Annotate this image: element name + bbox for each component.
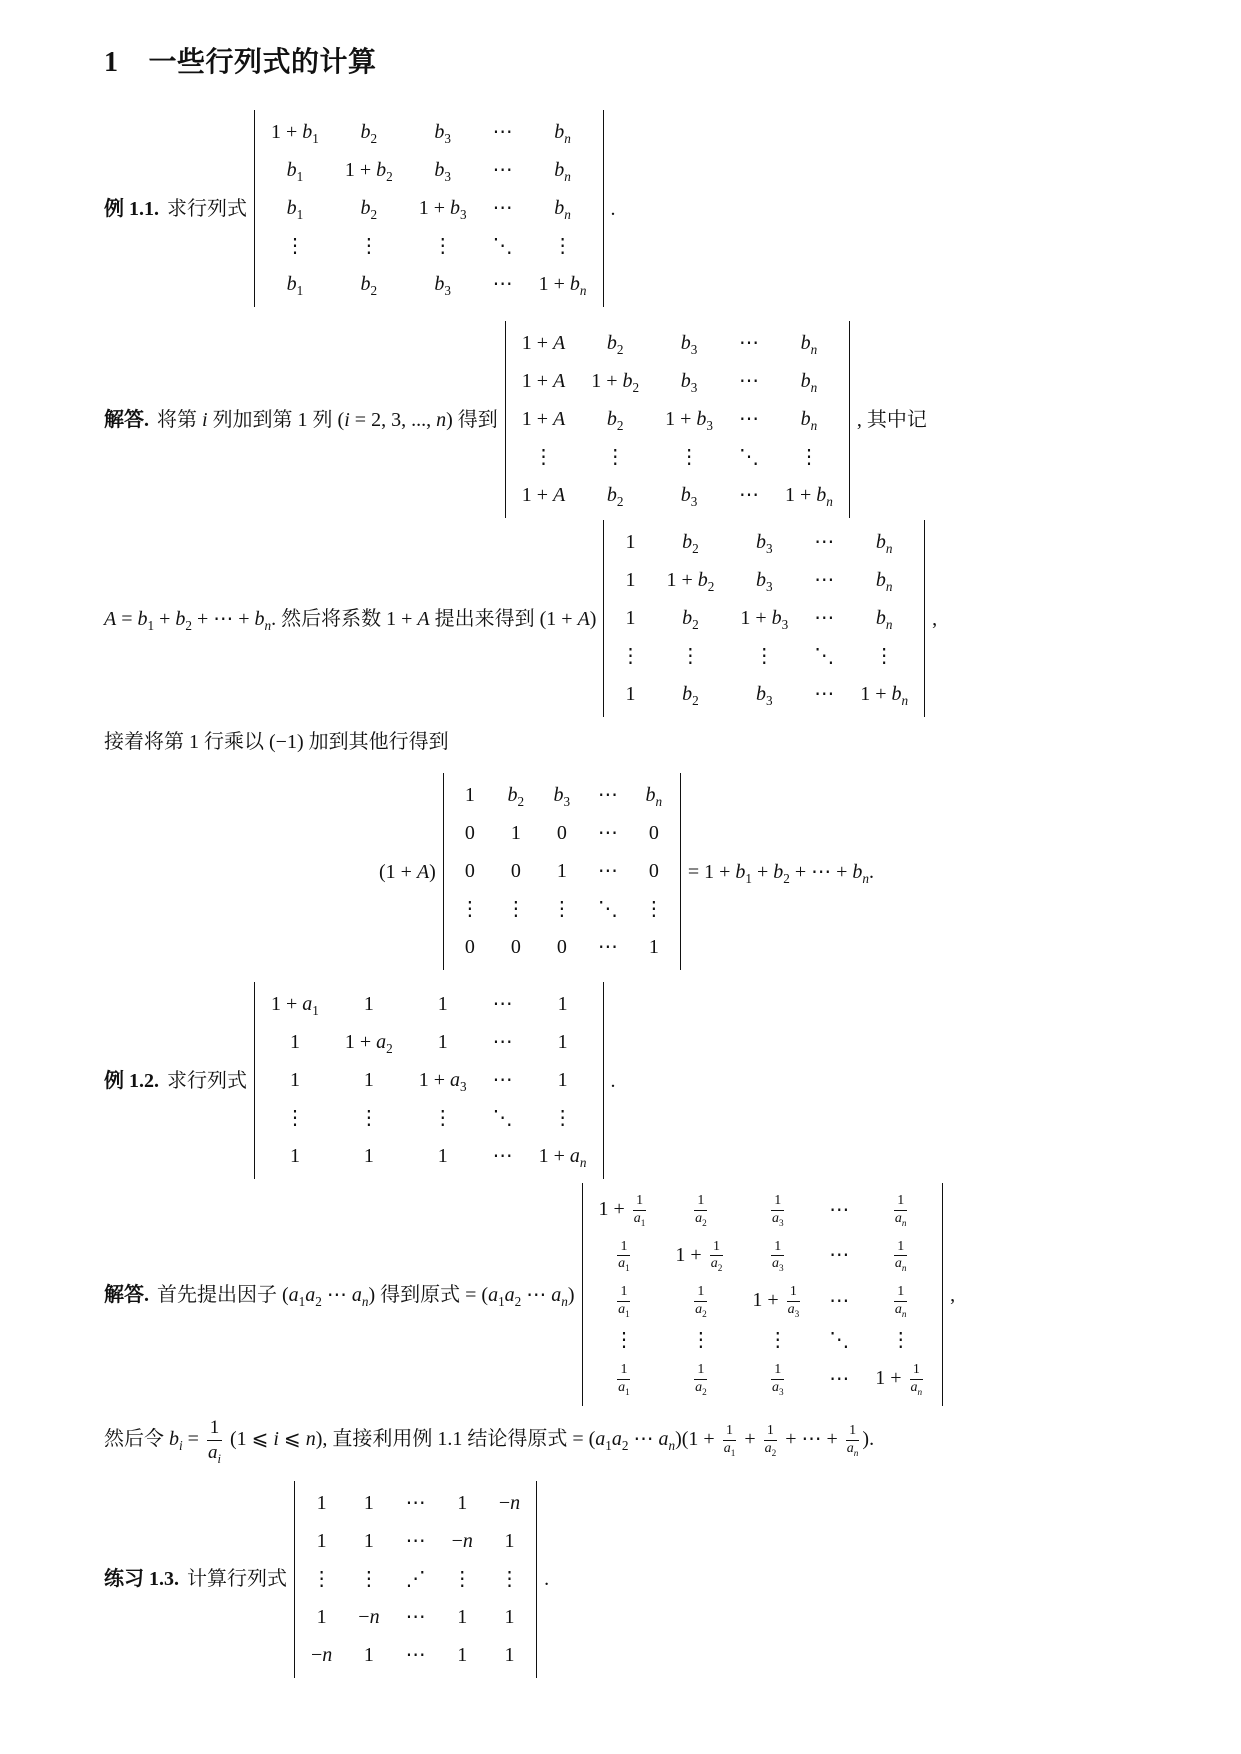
- matrix-cell: b1: [287, 274, 304, 295]
- matrix-cell: 1: [511, 823, 521, 844]
- matrix-cell: b3: [756, 684, 773, 705]
- matrix-cell: 1: [364, 1070, 374, 1091]
- fraction: 1a1: [631, 1193, 649, 1228]
- matrix-cell: 1 + b1: [271, 122, 319, 143]
- matrix-cell: 1a1: [614, 1239, 634, 1274]
- matrix-cell: b1: [287, 198, 304, 219]
- matrix-cell: ⋯: [814, 532, 834, 553]
- matrix-cell: ⋱: [493, 1108, 513, 1129]
- matrix-cell: 1: [649, 937, 659, 958]
- matrix-cell: 1a3: [768, 1193, 788, 1228]
- matrix-cell: 1: [317, 1531, 327, 1552]
- example-1-2: 例 1.2. 求行列式 1 + a111⋯111 + a21⋯1111 + a3…: [104, 982, 1149, 1179]
- solution-1-1-suffix: , 其中记: [857, 405, 927, 435]
- equation-result: = 1 + b1 + b2 + ⋯ + bn.: [688, 857, 874, 887]
- matrix-cell: 1 + b2: [666, 570, 714, 591]
- matrix-cell: ⋯: [493, 198, 513, 219]
- matrix-cell: 1 + an: [539, 1146, 587, 1167]
- matrix-cell: 1: [504, 1607, 514, 1628]
- matrix-cell: ⋮: [460, 899, 480, 920]
- solution-1-1: 解答. 将第 i 列加到第 1 列 (i = 2, 3, ..., n) 得到 …: [104, 321, 1149, 518]
- matrix-cell: 1: [317, 1493, 327, 1514]
- matrix-cell: 1: [364, 1493, 374, 1514]
- fraction: 1an: [892, 1193, 910, 1228]
- matrix-cell: 0: [649, 823, 659, 844]
- matrix-cell: ⋮: [768, 1330, 788, 1351]
- matrix-cell: −n: [499, 1493, 520, 1514]
- fraction: 1an: [892, 1284, 910, 1319]
- matrix-cell: 0: [465, 823, 475, 844]
- matrix-cell: b3: [681, 333, 698, 354]
- matrix-cell: 1: [558, 1032, 568, 1053]
- matrix-cell: ⋯: [493, 1070, 513, 1091]
- matrix-cell: ⋯: [814, 608, 834, 629]
- fraction: 1a2: [692, 1193, 710, 1228]
- matrix-cell: 1: [364, 1645, 374, 1666]
- matrix-cell: ⋯: [406, 1645, 426, 1666]
- matrix-cell: −n: [452, 1531, 473, 1552]
- matrix-cell: ⋯: [493, 1146, 513, 1167]
- matrix-cell: ⋯: [598, 861, 618, 882]
- matrix-cell: −n: [311, 1645, 332, 1666]
- matrix-cell: b3: [434, 160, 451, 181]
- matrix-cell: ⋯: [406, 1607, 426, 1628]
- row-operation-text: 接着将第 1 行乘以 (−1) 加到其他行得到: [104, 727, 449, 757]
- matrix-cell: 0: [465, 861, 475, 882]
- matrix-cell: 1a1: [614, 1362, 634, 1397]
- matrix-cell: ⋯: [739, 333, 759, 354]
- matrix-cell: 1 + A: [522, 485, 566, 506]
- matrix-cell: ⋮: [285, 1108, 305, 1129]
- matrix-cell: bn: [554, 122, 571, 143]
- fraction: 1a1: [615, 1239, 633, 1274]
- matrix-cell: bn: [554, 160, 571, 181]
- matrix-cell: −n: [358, 1607, 379, 1628]
- matrix-cell: 1 + bn: [539, 274, 587, 295]
- matrix-cell: 1a1: [614, 1284, 634, 1319]
- matrix-cell: ⋮: [679, 447, 699, 468]
- fraction: 1a3: [769, 1362, 787, 1397]
- solution-1-1-label: 解答.: [104, 405, 149, 435]
- matrix-cell: b2: [361, 122, 378, 143]
- fraction: 1a3: [769, 1193, 787, 1228]
- matrix-cell: ⋮: [285, 236, 305, 257]
- matrix-cell: 1 + a3: [419, 1070, 467, 1091]
- matrix-cell: b1: [287, 160, 304, 181]
- matrix-cell: 1 + b3: [740, 608, 788, 629]
- matrix-cell: ⋮: [534, 447, 554, 468]
- matrix-cell: 1: [625, 532, 635, 553]
- matrix-cell: 1a2: [691, 1193, 711, 1228]
- matrix-cell: 1: [290, 1032, 300, 1053]
- matrix-cell: b3: [756, 532, 773, 553]
- matrix-cell: 1: [504, 1645, 514, 1666]
- matrix-cell: b3: [756, 570, 773, 591]
- final-equation: (1 + A) 1b2b3⋯bn010⋯0001⋯0⋮⋮⋮⋱⋮000⋯1 = 1…: [104, 773, 1149, 970]
- matrix-cell: ⋯: [829, 1200, 849, 1221]
- matrix-cell: ⋮: [754, 646, 774, 667]
- matrix-cell: ⋯: [598, 823, 618, 844]
- matrix-cell: ⋮: [552, 899, 572, 920]
- determinant-factored: 1b2b3⋯bn11 + b2b3⋯bn1b21 + b3⋯bn⋮⋮⋮⋱⋮1b2…: [603, 520, 925, 717]
- matrix-cell: ⋰: [406, 1569, 426, 1590]
- solution-1-2-label: 解答.: [104, 1280, 149, 1310]
- matrix-cell: 1: [290, 1070, 300, 1091]
- example-1-2-label: 例 1.2.: [104, 1066, 159, 1096]
- matrix-cell: bn: [876, 608, 893, 629]
- matrix-cell: ⋱: [598, 899, 618, 920]
- matrix-cell: 1: [625, 608, 635, 629]
- matrix-cell: ⋯: [814, 684, 834, 705]
- matrix-cell: b2: [607, 409, 624, 430]
- exercise-1-3-prompt: 计算行列式: [187, 1564, 287, 1594]
- matrix-cell: ⋯: [739, 485, 759, 506]
- matrix-cell: ⋮: [680, 646, 700, 667]
- solution-1-2: 解答. 首先提出因子 (a1a2 ⋯ an) 得到原式 = (a1a2 ⋯ an…: [104, 1183, 1149, 1406]
- example-1-1-label: 例 1.1.: [104, 194, 159, 224]
- matrix-cell: ⋱: [739, 447, 759, 468]
- matrix-cell: 1: [625, 684, 635, 705]
- matrix-cell: 1an: [891, 1193, 911, 1228]
- matrix-cell: b2: [361, 274, 378, 295]
- fraction: 1an: [892, 1239, 910, 1274]
- matrix-cell: 1: [558, 994, 568, 1015]
- line-conclusion: 然后令 bi = 1ai (1 ⩽ i ⩽ n), 直接利用例 1.1 结论得原…: [104, 1416, 1149, 1465]
- fraction: 1a1: [615, 1284, 633, 1319]
- exercise-1-3: 练习 1.3. 计算行列式 11⋯1−n11⋯−n1⋮⋮⋰⋮⋮1−n⋯11−n1…: [104, 1481, 1149, 1678]
- exercise-1-3-label: 练习 1.3.: [104, 1564, 179, 1594]
- exercise-1-3-period: .: [544, 1564, 549, 1594]
- matrix-cell: bn: [801, 333, 818, 354]
- matrix-cell: ⋯: [493, 274, 513, 295]
- solution-1-2-text: 首先提出因子 (a1a2 ⋯ an) 得到原式 = (a1a2 ⋯ an): [157, 1280, 575, 1310]
- matrix-cell: b2: [682, 684, 699, 705]
- matrix-cell: 1: [557, 861, 567, 882]
- matrix-cell: 1a2: [691, 1284, 711, 1319]
- fraction: 1a1: [615, 1362, 633, 1397]
- section-heading: 1一些行列式的计算: [104, 40, 1149, 80]
- matrix-cell: 1: [625, 570, 635, 591]
- matrix-cell: ⋯: [598, 785, 618, 806]
- matrix-cell: 1 + bn: [860, 684, 908, 705]
- matrix-cell: 1: [364, 1146, 374, 1167]
- matrix-cell: ⋮: [359, 1569, 379, 1590]
- matrix-cell: 0: [511, 937, 521, 958]
- matrix-cell: ⋮: [605, 447, 625, 468]
- matrix-cell: 1 + A: [522, 333, 566, 354]
- fraction: 1a2: [762, 1423, 780, 1458]
- definition-A-comma: ,: [932, 604, 937, 634]
- example-1-1-period: .: [611, 194, 616, 224]
- matrix-cell: 1 + A: [522, 409, 566, 430]
- matrix-cell: bn: [554, 198, 571, 219]
- matrix-cell: bn: [801, 409, 818, 430]
- matrix-cell: ⋯: [829, 1245, 849, 1266]
- fraction: 1a2: [692, 1284, 710, 1319]
- matrix-cell: 1: [364, 994, 374, 1015]
- matrix-cell: ⋮: [312, 1569, 332, 1590]
- determinant-column-summed: 1 + Ab2b3⋯bn1 + A1 + b2b3⋯bn1 + Ab21 + b…: [505, 321, 850, 518]
- matrix-cell: ⋮: [359, 236, 379, 257]
- matrix-cell: 0: [511, 861, 521, 882]
- matrix-cell: ⋯: [739, 409, 759, 430]
- example-1-2-prompt: 求行列式: [167, 1066, 247, 1096]
- matrix-cell: 1: [438, 1146, 448, 1167]
- fraction: 1a2: [708, 1239, 726, 1274]
- matrix-cell: 0: [465, 937, 475, 958]
- fraction: 1a2: [692, 1362, 710, 1397]
- solution-1-1-text: 将第 i 列加到第 1 列 (i = 2, 3, ..., n) 得到: [157, 405, 498, 435]
- line-definition-A: A = b1 + b2 + ⋯ + bn. 然后将系数 1 + A 提出来得到 …: [104, 520, 1149, 717]
- matrix-cell: b2: [607, 333, 624, 354]
- section-title: 一些行列式的计算: [149, 47, 377, 78]
- matrix-cell: ⋮: [691, 1330, 711, 1351]
- fraction: 1a3: [769, 1239, 787, 1274]
- matrix-cell: 1 + 1a1: [599, 1193, 650, 1228]
- matrix-cell: b2: [682, 532, 699, 553]
- fraction: 1an: [844, 1423, 862, 1458]
- matrix-cell: ⋮: [433, 236, 453, 257]
- matrix-cell: 1a3: [768, 1239, 788, 1274]
- matrix-cell: b2: [361, 198, 378, 219]
- matrix-cell: 1 + b3: [419, 198, 467, 219]
- matrix-cell: 1: [290, 1146, 300, 1167]
- matrix-cell: 1 + b3: [665, 409, 713, 430]
- matrix-cell: ⋯: [493, 994, 513, 1015]
- matrix-cell: 1 + a2: [345, 1032, 393, 1053]
- matrix-cell: 1: [438, 994, 448, 1015]
- matrix-cell: ⋯: [814, 570, 834, 591]
- matrix-cell: b2: [607, 485, 624, 506]
- matrix-cell: 1: [438, 1032, 448, 1053]
- matrix-cell: ⋮: [874, 646, 894, 667]
- matrix-cell: b3: [554, 785, 571, 806]
- determinant-exercise-1-3: 11⋯1−n11⋯−n1⋮⋮⋰⋮⋮1−n⋯11−n1⋯11: [294, 1481, 537, 1678]
- definition-A-text: A = b1 + b2 + ⋯ + bn. 然后将系数 1 + A 提出来得到 …: [104, 604, 596, 634]
- matrix-cell: ⋯: [493, 160, 513, 181]
- matrix-cell: 1: [317, 1607, 327, 1628]
- matrix-cell: 1 + 1an: [875, 1362, 926, 1397]
- matrix-cell: bn: [876, 532, 893, 553]
- matrix-cell: ⋯: [829, 1291, 849, 1312]
- matrix-cell: b3: [681, 371, 698, 392]
- matrix-cell: ⋯: [406, 1493, 426, 1514]
- matrix-cell: b2: [508, 785, 525, 806]
- matrix-cell: ⋯: [829, 1369, 849, 1390]
- line-row-operation: 接着将第 1 行乘以 (−1) 加到其他行得到: [104, 727, 1149, 757]
- determinant-identity-like: 1b2b3⋯bn010⋯0001⋯0⋮⋮⋮⋱⋮000⋯1: [443, 773, 681, 970]
- matrix-cell: 1: [364, 1531, 374, 1552]
- matrix-cell: ⋮: [620, 646, 640, 667]
- matrix-cell: 1 + bn: [785, 485, 833, 506]
- matrix-cell: b3: [434, 274, 451, 295]
- document-page: 1一些行列式的计算 例 1.1. 求行列式 1 + b1b2b3⋯bnb11 +…: [0, 0, 1241, 1678]
- determinant-example-1-2: 1 + a111⋯111 + a21⋯1111 + a3⋯1⋮⋮⋮⋱⋮111⋯1…: [254, 982, 604, 1179]
- matrix-cell: 0: [649, 861, 659, 882]
- matrix-cell: 1an: [891, 1239, 911, 1274]
- matrix-cell: ⋮: [506, 899, 526, 920]
- matrix-cell: 1an: [891, 1284, 911, 1319]
- matrix-cell: 1 + a1: [271, 994, 319, 1015]
- equation-coefficient: (1 + A): [379, 857, 436, 887]
- fraction: 1an: [908, 1362, 926, 1397]
- matrix-cell: 1: [465, 785, 475, 806]
- matrix-cell: 1 + 1a2: [675, 1239, 726, 1274]
- matrix-cell: ⋮: [452, 1569, 472, 1590]
- fraction: 1ai: [205, 1416, 224, 1465]
- matrix-cell: 1: [457, 1493, 467, 1514]
- example-1-1-prompt: 求行列式: [167, 194, 247, 224]
- determinant-example-1-1: 1 + b1b2b3⋯bnb11 + b2b3⋯bnb1b21 + b3⋯bn⋮…: [254, 110, 604, 307]
- matrix-cell: ⋮: [553, 1108, 573, 1129]
- matrix-cell: ⋯: [598, 937, 618, 958]
- matrix-cell: ⋱: [814, 646, 834, 667]
- matrix-cell: 1 + 1a3: [752, 1284, 803, 1319]
- matrix-cell: ⋱: [493, 236, 513, 257]
- section-number: 1: [104, 47, 119, 78]
- matrix-cell: 1: [504, 1531, 514, 1552]
- matrix-cell: ⋮: [799, 447, 819, 468]
- matrix-cell: ⋮: [433, 1108, 453, 1129]
- matrix-cell: ⋯: [406, 1531, 426, 1552]
- matrix-cell: ⋮: [553, 236, 573, 257]
- matrix-cell: b3: [681, 485, 698, 506]
- matrix-cell: ⋮: [891, 1330, 911, 1351]
- matrix-cell: 1: [457, 1607, 467, 1628]
- matrix-cell: 1 + A: [522, 371, 566, 392]
- fraction: 1a1: [721, 1423, 739, 1458]
- matrix-cell: ⋯: [493, 1032, 513, 1053]
- matrix-cell: ⋮: [614, 1330, 634, 1351]
- matrix-cell: ⋱: [829, 1330, 849, 1351]
- matrix-cell: ⋮: [644, 899, 664, 920]
- matrix-cell: 1 + b2: [591, 371, 639, 392]
- matrix-cell: 0: [557, 823, 567, 844]
- example-1-2-period: .: [611, 1066, 616, 1096]
- matrix-cell: 1: [457, 1645, 467, 1666]
- matrix-cell: b2: [682, 608, 699, 629]
- conclusion-text: 然后令 bi = 1ai (1 ⩽ i ⩽ n), 直接利用例 1.1 结论得原…: [104, 1416, 874, 1465]
- matrix-cell: ⋮: [359, 1108, 379, 1129]
- matrix-cell: ⋯: [739, 371, 759, 392]
- matrix-cell: 0: [557, 937, 567, 958]
- matrix-cell: 1: [558, 1070, 568, 1091]
- fraction: 1a3: [785, 1284, 803, 1319]
- matrix-cell: bn: [801, 371, 818, 392]
- matrix-cell: ⋮: [499, 1569, 519, 1590]
- matrix-cell: b3: [434, 122, 451, 143]
- matrix-cell: 1a3: [768, 1362, 788, 1397]
- matrix-cell: bn: [646, 785, 663, 806]
- determinant-fractions: 1 + 1a11a21a3⋯1an1a11 + 1a21a3⋯1an1a11a2…: [582, 1183, 944, 1406]
- example-1-1: 例 1.1. 求行列式 1 + b1b2b3⋯bnb11 + b2b3⋯bnb1…: [104, 110, 1149, 307]
- matrix-cell: 1 + b2: [345, 160, 393, 181]
- matrix-cell: ⋯: [493, 122, 513, 143]
- solution-1-2-comma: ,: [950, 1280, 955, 1310]
- matrix-cell: 1a2: [691, 1362, 711, 1397]
- matrix-cell: bn: [876, 570, 893, 591]
